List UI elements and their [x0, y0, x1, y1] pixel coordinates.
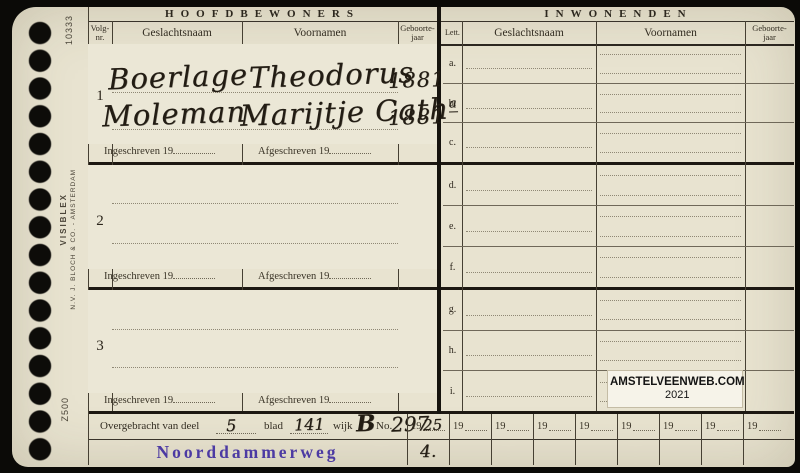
header-label: jaar [763, 33, 776, 42]
dotted-writing-line [112, 367, 398, 368]
geslachtsnaam-cell [462, 206, 596, 246]
voornamen-cell [596, 44, 745, 83]
empty-cell [743, 439, 786, 465]
handwritten-geboortejaar-2: 1881 [388, 104, 446, 130]
year-cell: 19 [743, 414, 786, 439]
header-label: Voornamen [644, 27, 697, 39]
address-stamp: Noorddammerweg [88, 442, 407, 463]
ingeschreven-label: Ingeschreven 19 [104, 144, 215, 157]
amstelveenweb-logo: AMSTELVEENWEB.COM 2021 [607, 370, 743, 408]
empty-cell [575, 439, 617, 465]
inwonenden-row-d: d. [443, 165, 794, 206]
afgeschreven-label: Afgeschreven 19 [258, 393, 371, 406]
geboortejaar-cell [745, 123, 794, 162]
inwonenden-row-b: b. [443, 84, 794, 124]
empty-cell [617, 439, 659, 465]
letter-label: f. [443, 247, 462, 287]
geboortejaar-cell [745, 331, 794, 371]
form-code-bottom: Z500 [60, 397, 70, 422]
dotted-blank [717, 422, 739, 431]
dotted-writing-line [112, 329, 398, 330]
handwritten-wijk: B [356, 410, 376, 438]
header-lett: Lett. [443, 21, 462, 44]
letter-label: b. [443, 84, 462, 123]
handwritten-blad: 141 [294, 414, 325, 434]
registration-strip: Ingeschreven 19 Afgeschreven 19 [88, 393, 437, 409]
wijk-label: wijk [333, 420, 353, 432]
voornamen-cell [596, 331, 745, 371]
dotted-writing-line [112, 203, 398, 204]
letter-label: d. [443, 165, 462, 205]
dotted-blank [465, 422, 487, 431]
voornamen-cell [596, 84, 745, 123]
year-cell: 19 [491, 414, 533, 439]
logo-line2: 2021 [610, 389, 745, 402]
volgnr-value: 2 [88, 213, 112, 230]
inwonenden-row-a: a. [443, 44, 794, 84]
volgnr-value: 3 [88, 338, 112, 355]
header-geboortejaar-right: Geboorte- jaar [745, 21, 794, 44]
registration-strip: Ingeschreven 19 Afgeschreven 19 [88, 269, 437, 285]
logo-line1: AMSTELVEENWEB.COM [610, 376, 745, 389]
section-hoofdbewoners: HOOFDBEWONERS [88, 7, 437, 21]
header-voornamen-left: Voornamen [242, 21, 398, 44]
dotted-blank [329, 269, 371, 279]
registration-card: 10333 VISIBLEX N.V. J. BLOCH & CO. - AMS… [12, 7, 795, 467]
year-prefix: 19 [747, 421, 758, 432]
dotted-blank [633, 422, 655, 431]
dotted-blank [173, 269, 215, 279]
hoofdbewoners-row-2: 2 Ingeschreven 19 Afgeschreven 19 [88, 165, 437, 287]
geslachtsnaam-cell [462, 331, 596, 371]
letter-label: g. [443, 290, 462, 330]
inwonenden-row-h: h. [443, 331, 794, 372]
handwritten-house-number: 4. [420, 442, 437, 463]
dotted-blank [329, 144, 371, 154]
empty-cell [701, 439, 743, 465]
handwritten-geslachtsnaam-1: Boerlage [107, 58, 248, 97]
address-row: Noorddammerweg 4. [88, 439, 794, 465]
year-cell: 19 [617, 414, 659, 439]
year-prefix: 19 [453, 421, 464, 432]
empty-cell [659, 439, 701, 465]
year-prefix: 19 [705, 421, 716, 432]
header-label: Geslachtsnaam [142, 27, 212, 39]
letter-label: e. [443, 206, 462, 246]
header-label: Voornamen [294, 27, 347, 39]
address-cell: Noorddammerweg [88, 439, 407, 465]
year-cell: 19 [449, 414, 491, 439]
year-prefix: 19 [621, 421, 632, 432]
dotted-blank [173, 144, 215, 154]
year-prefix: 19 [495, 421, 506, 432]
geboortejaar-cell [745, 44, 794, 83]
geslachtsnaam-cell [462, 247, 596, 287]
handwritten-year: 25 [423, 416, 443, 435]
header-geslachtsnaam-right: Geslachtsnaam [462, 21, 596, 44]
year-prefix: 19 [663, 421, 674, 432]
geboortejaar-cell [745, 290, 794, 330]
voornamen-cell [596, 247, 745, 287]
geboortejaar-cell [745, 371, 794, 411]
letter-label: i. [443, 371, 462, 411]
house-number-cell: 4. [407, 439, 449, 465]
empty-cell [491, 439, 533, 465]
label-text: Afgeschreven 19 [258, 395, 329, 406]
letter-label: c. [443, 123, 462, 162]
overgebracht-cell: Overgebracht van deel 5 blad 141 wijk B … [88, 414, 407, 439]
letter-label: a. [443, 44, 462, 83]
empty-cell [449, 439, 491, 465]
geboortejaar-cell [745, 165, 794, 205]
geboortejaar-cell [745, 247, 794, 287]
registration-strip: Ingeschreven 19 Afgeschreven 19 [88, 144, 437, 160]
header-label: Lett. [445, 27, 460, 39]
dotted-blank [675, 422, 697, 431]
section-inwonenden: INWONENDEN [443, 7, 794, 21]
header-geboortejaar-left: Geboorte- jaar [398, 21, 437, 44]
dotted-blank [549, 422, 571, 431]
empty-cell [533, 439, 575, 465]
header-volgnr: Volg- nr. [88, 21, 112, 44]
afgeschreven-label: Afgeschreven 19 [258, 269, 371, 282]
voornamen-cell [596, 165, 745, 205]
letter-label: h. [443, 331, 462, 371]
logo-text: AMSTELVEENWEB.COM 2021 [610, 376, 745, 402]
hoofdbewoners-row-1: 1 Boerlage Theodorus 1881 Moleman Marijt… [88, 44, 437, 162]
dotted-blank [173, 393, 215, 403]
overgebracht-label: Overgebracht van deel [100, 420, 199, 432]
names-area [88, 165, 437, 269]
inwonenden-row-g: g. [443, 290, 794, 331]
label-text: Ingeschreven 19 [104, 146, 173, 157]
hoofdbewoners-title: HOOFDBEWONERS [165, 8, 360, 20]
inwonenden-title: INWONENDEN [544, 8, 692, 20]
header-label: Geslachtsnaam [494, 27, 564, 39]
manufacturer-name: VISIBLEX [59, 193, 68, 245]
punch-holes [27, 19, 53, 463]
header-geslachtsnaam-left: Geslachtsnaam [112, 21, 242, 44]
afgeschreven-label: Afgeschreven 19 [258, 144, 371, 157]
header-label: jaar [411, 33, 424, 42]
year-prefix: 19 [579, 421, 590, 432]
label-text: Afgeschreven 19 [258, 146, 329, 157]
inwonenden-group-1: a. b. c. [443, 44, 794, 162]
geboortejaar-cell [745, 206, 794, 246]
year-cell: 19 [533, 414, 575, 439]
label-text: Ingeschreven 19 [104, 271, 173, 282]
form-code-top: 10333 [64, 15, 74, 45]
handwritten-geboortejaar-1: 1881 [388, 67, 446, 93]
overgebracht-row: Overgebracht van deel 5 blad 141 wijk B … [88, 414, 794, 439]
inwonenden-row-c: c. [443, 123, 794, 162]
header-voornamen-right: Voornamen [596, 21, 745, 44]
blad-label: blad [264, 420, 283, 432]
geboortejaar-cell [745, 84, 794, 123]
dotted-blank [591, 422, 613, 431]
dotted-writing-line [112, 243, 398, 244]
geslachtsnaam-cell [462, 44, 596, 83]
inwonenden-group-2: d. e. f. [443, 165, 794, 287]
year-cell: 1925 [407, 414, 449, 439]
hoofdbewoners-row-3: 3 Ingeschreven 19 Afgeschreven 19 [88, 290, 437, 411]
voornamen-cell [596, 123, 745, 162]
dotted-blank [329, 393, 371, 403]
inwonenden-row-f: f. [443, 247, 794, 287]
dotted-blank [759, 422, 781, 431]
voornamen-cell [596, 290, 745, 330]
year-prefix: 19 [537, 421, 548, 432]
label-text: Ingeschreven 19 [104, 395, 173, 406]
manufacturer-subtitle: N.V. J. BLOCH & CO. - AMSTERDAM [70, 169, 77, 310]
register-form: HOOFDBEWONERS INWONENDEN Volg- nr [88, 7, 794, 466]
ingeschreven-label: Ingeschreven 19 [104, 269, 215, 282]
year-prefix: 19 [411, 421, 422, 432]
label-text: Afgeschreven 19 [258, 271, 329, 282]
header-volgnr-line2: nr. [96, 33, 105, 42]
handwritten-geslachtsnaam-2: Moleman [101, 94, 246, 133]
geslachtsnaam-cell [462, 123, 596, 162]
inwonenden-row-e: e. [443, 206, 794, 247]
year-cell: 19 [659, 414, 701, 439]
geslachtsnaam-cell [462, 290, 596, 330]
no-label: No. [376, 420, 392, 432]
voornamen-cell [596, 206, 745, 246]
year-cell: 19 [701, 414, 743, 439]
handwritten-deel: 5 [226, 416, 237, 435]
geslachtsnaam-cell [462, 84, 596, 123]
year-cell: 19 [575, 414, 617, 439]
names-area [88, 290, 437, 393]
dotted-blank [507, 422, 529, 431]
geslachtsnaam-cell [462, 165, 596, 205]
ingeschreven-label: Ingeschreven 19 [104, 393, 215, 406]
geslachtsnaam-cell [462, 371, 596, 411]
